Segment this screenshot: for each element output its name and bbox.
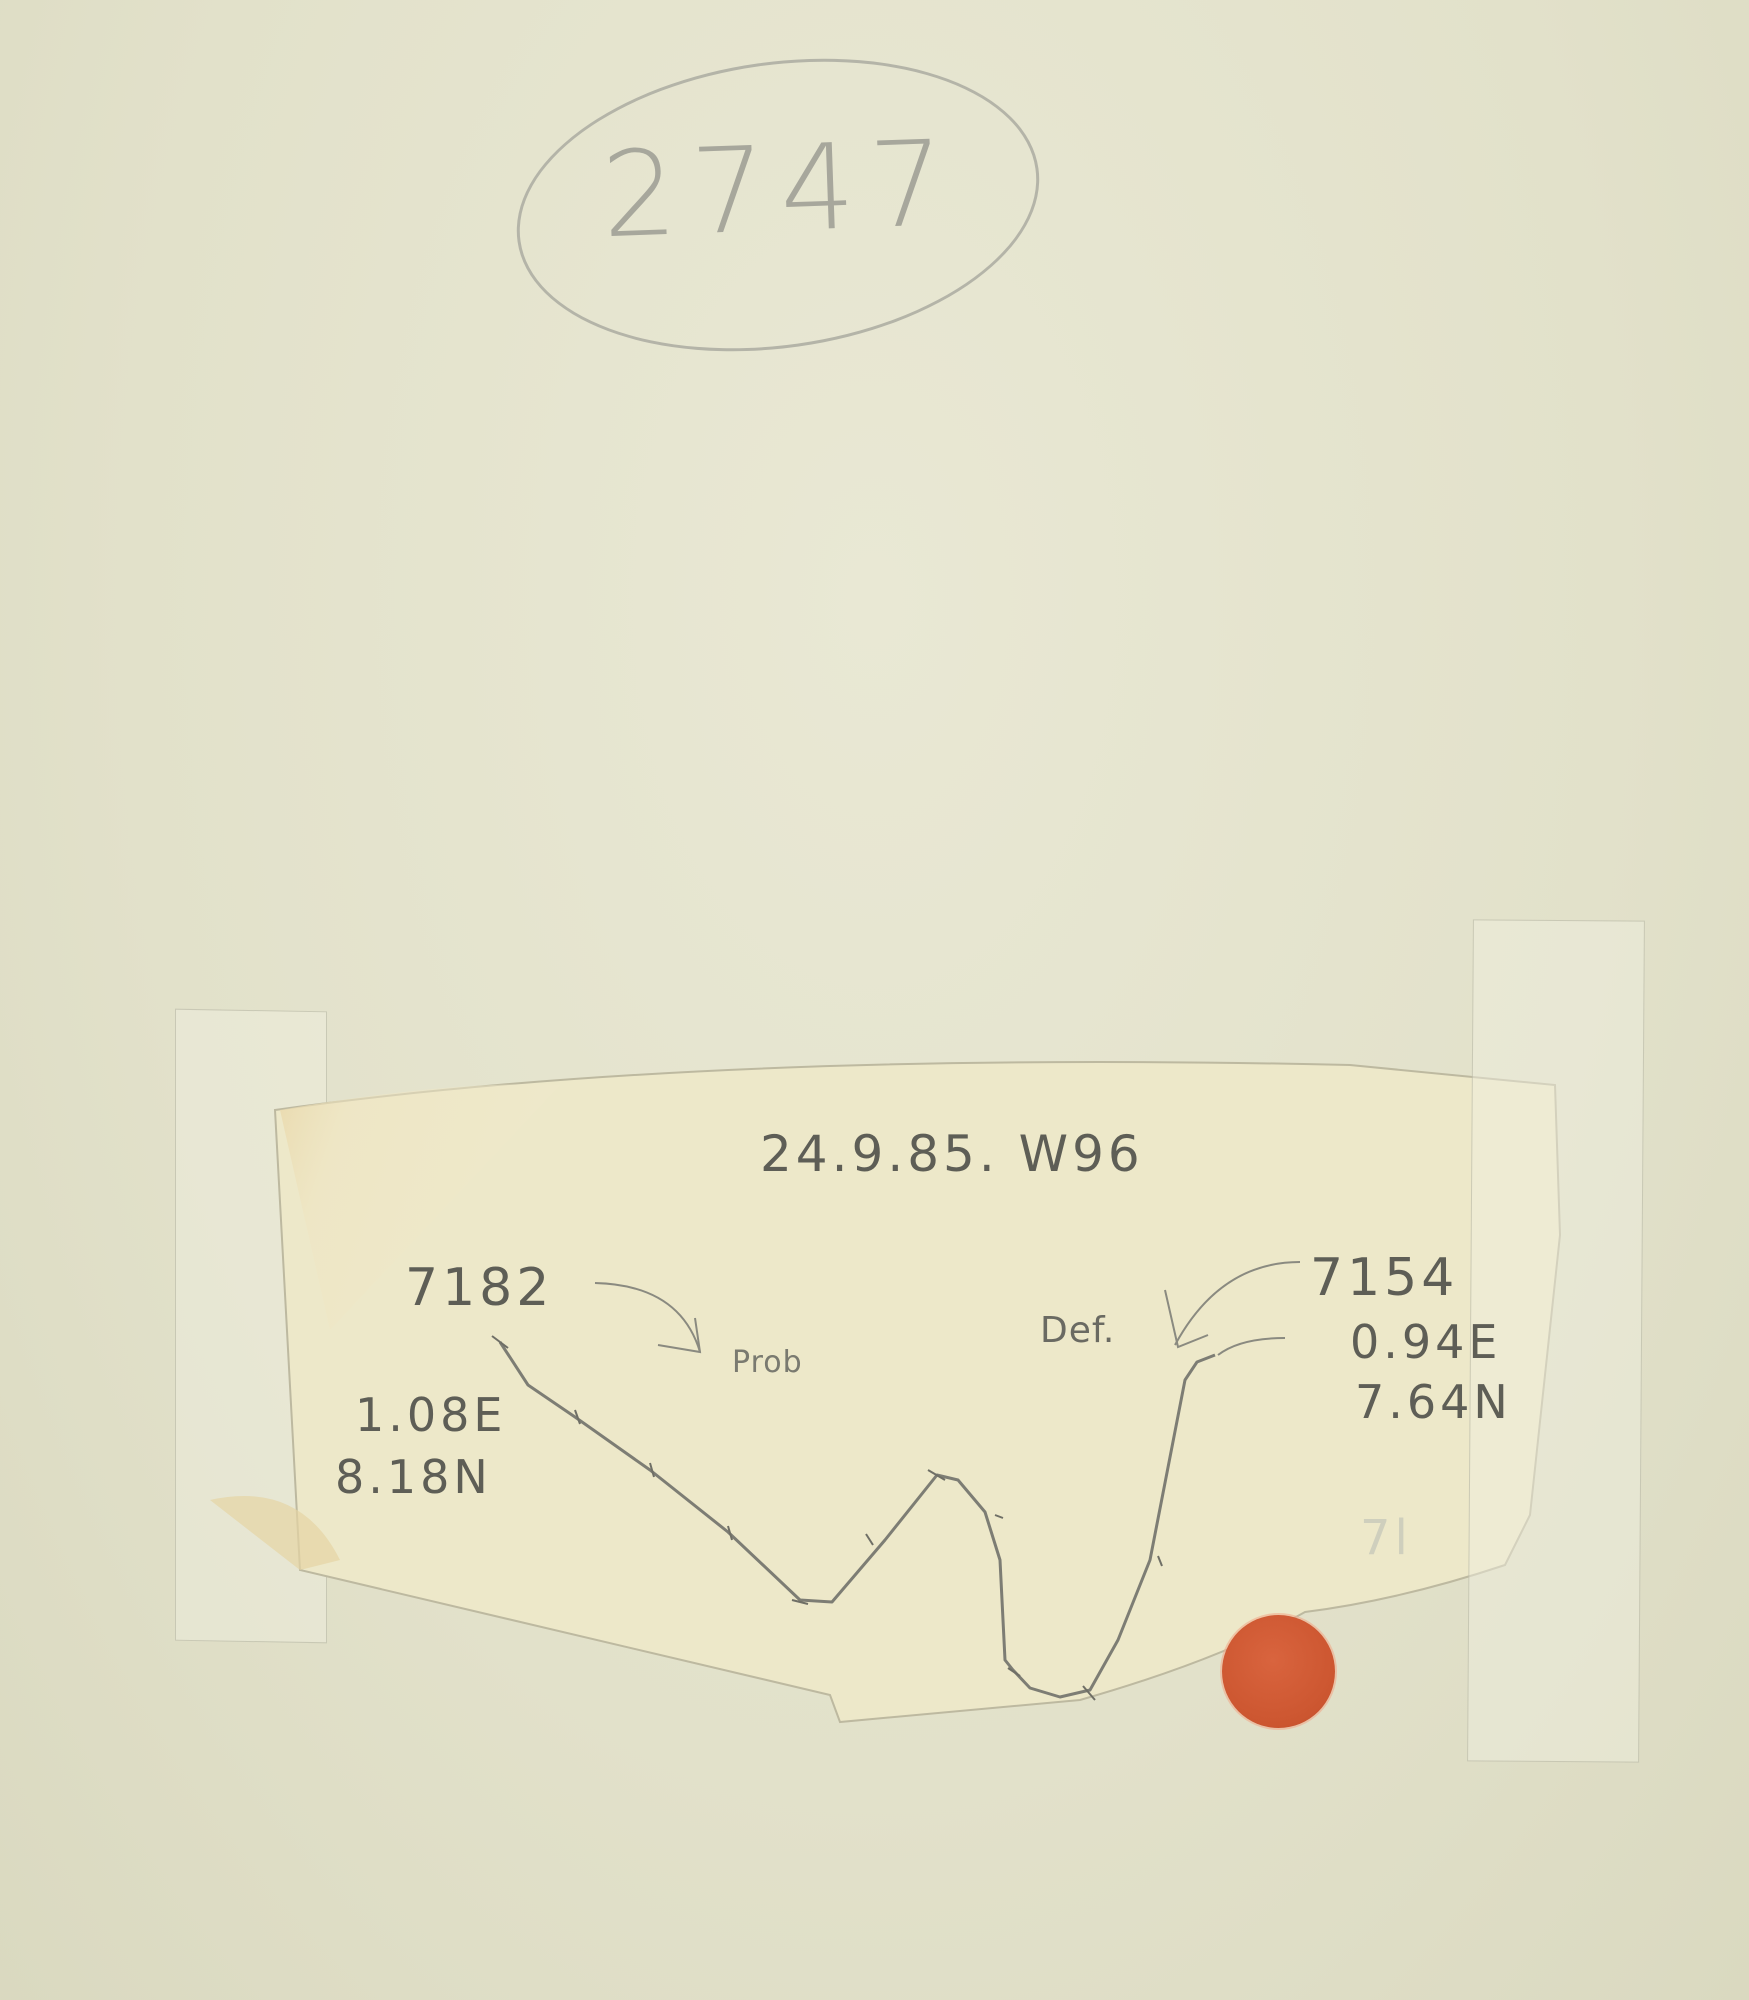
left-point-id: 7182 bbox=[405, 1258, 553, 1318]
left-point-note: Prob bbox=[732, 1345, 803, 1380]
right-point-id: 7154 bbox=[1310, 1248, 1458, 1308]
right-point-note: Def. bbox=[1040, 1310, 1115, 1351]
tracing-date-label: 24.9.85. W96 bbox=[760, 1125, 1144, 1183]
left-point-northing: 8.18N bbox=[335, 1450, 492, 1504]
document-sheet: 2747 bbox=[0, 0, 1749, 2000]
faint-pencil-mark: 7l bbox=[1360, 1510, 1412, 1566]
right-point-northing: 7.64N bbox=[1355, 1375, 1512, 1429]
red-dot-sticker bbox=[1222, 1615, 1335, 1728]
left-point-easting: 1.08E bbox=[355, 1388, 507, 1442]
right-point-easting: 0.94E bbox=[1350, 1315, 1502, 1369]
